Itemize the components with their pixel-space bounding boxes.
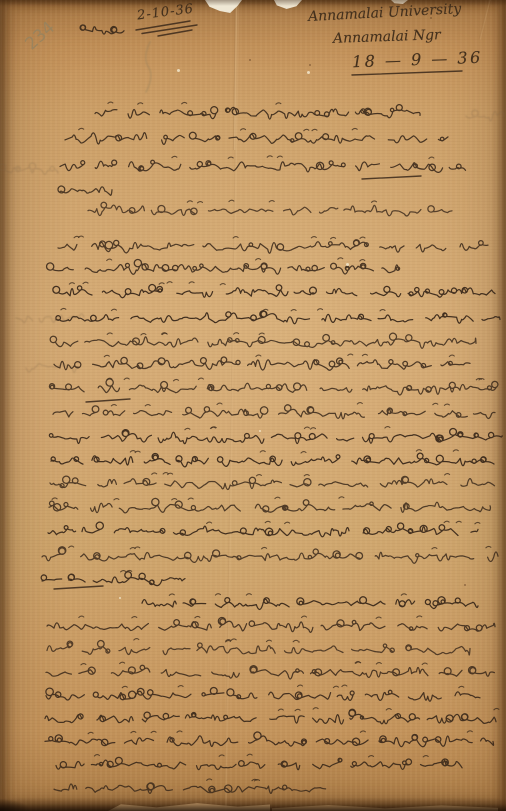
letter-date: 18 — 9 — 36 (352, 48, 483, 72)
handwritten-line-text: மிநாதைய அவர்களுக்கு அன்பன் பாரதி யெழுதுவ… (60, 156, 467, 170)
paper-texture (0, 0, 506, 811)
ink-speck (298, 641, 300, 643)
handwritten-line-text: பெரியீர்,, (60, 181, 112, 195)
paper-speck (119, 597, 121, 599)
handwritten-line-text: இங்குள்ள பண்டிதர்களுக்கும் மதுரை யால் தம… (58, 282, 495, 296)
handwritten-line-text: டியார அவர்கள் போன்ற பல பண்டிதர்களுக்கும் (53, 403, 495, 417)
paper-speck (307, 71, 310, 74)
vertical-fold-crease (224, 0, 240, 811)
ink-speck (430, 17, 432, 19)
handwritten-line-text: யாய பிரம்மஸ்ரீ — டாக்டர் உ. வே. சா (65, 128, 448, 142)
handwritten-line-text: செட்டியார அவர்களும் என் பிரபந்தத்தை அதி (47, 616, 495, 630)
handwritten-line-text: துணை கூறுகிறார்கள் (42, 570, 185, 584)
handwritten-line-text: கால். V.P. சுப்பிரமணிய முதலியார அவர்கள் (54, 354, 470, 368)
handwritten-line-text: அருணாசலக் கவிராயர அவர்கள் வயித்தியநாதம் … (53, 378, 498, 392)
reply-date-annotation: 2-10-36 (136, 2, 195, 24)
handwritten-line-text: ஒரு சிறுபாட்டுச் செய்யுள் யாத்துள்ளேன் (52, 258, 400, 272)
handwritten-line-text: யைத் தங்களுக்கு அனுப்பியிருக்கிறேன் (45, 731, 493, 745)
handwritten-line-text: மீளும் தங்களுக்குப் படிக்க அவகாசமி (56, 754, 470, 768)
handwritten-line-text: வாரு என்பது அறிகிறேன். (54, 778, 330, 792)
handwritten-line-text: சங்கத்தில் அங்குள்ள தமிழாசிரியர்கள் மற்ற… (56, 308, 500, 322)
ink-speck (309, 64, 311, 66)
tape-fragment (274, 0, 302, 9)
handwritten-line-text: தாக்ஷிணிய கலாநிதி மகாமகோபாத் (95, 102, 420, 116)
torn-edge-flap (272, 804, 498, 811)
handwritten-line-text: அதனைத் தங்கள்பால் எனக்கு அனுப்புவது (46, 685, 480, 699)
top-edge-shadow (0, 0, 506, 6)
handwritten-line-text: வெளியூர்களிலிருந்து பழக்கப் பெற்ற வண்ண (55, 332, 476, 346)
reply-annotation-text: பதில். (84, 20, 128, 34)
paper-speck (346, 263, 349, 266)
handwritten-line-text: விழையுடன் சென்று உரைப்படுத்த இசைவை (47, 639, 470, 653)
handwritten-line-text: பல நாள் தொடர்ந்து பாட்டுக்களைப் படித்துக… (52, 427, 502, 441)
handwritten-line-text: என்கோல் என்று கருதில் கையெழுத்துப் பிரதி (45, 708, 496, 722)
scanned-handwritten-letter: 234 2-10-36 Annamalai University Annamal… (0, 0, 506, 811)
handwritten-line-text: மாரிவாயில் என்று 222 விருத்தப் பாக்களால் (58, 236, 488, 250)
torn-edge-flap (108, 802, 270, 811)
paper-speck (259, 430, 261, 432)
handwriting-layer (0, 0, 506, 811)
ink-speck (249, 59, 251, 61)
handwritten-line-text: துவான் ராவ் ராவ் அவர்கள் ஆசிரியர் திரு க… (50, 473, 500, 487)
handwritten-line-text: டினேன். எல்லாருமே உவந்ததுடன் மகாவித் (51, 450, 494, 464)
tape-fragment (391, 0, 408, 4)
handwritten-line-text: நிற்க. ராஜா சர் அண்ணாமலைச் (142, 593, 478, 607)
archival-folio-number: 234 (21, 18, 58, 55)
letterhead-place: Annamalai Ngr (333, 27, 441, 47)
letterhead-institution: Annamalai University (308, 1, 462, 25)
handwritten-line-text: இணங்கியும் நாள்கள் அச்சில் பதிப்பிக்கின் (46, 662, 496, 676)
dark-corner (0, 799, 30, 811)
handwritten-line-text: நலம். தங்கள் உடல்நலம் அறிய விருப்பம் (88, 200, 452, 214)
paper-speck (177, 69, 180, 72)
handwritten-line-text: யாரவர்கள். போன்ற பல வித்வான்கள் கூறப் (48, 521, 478, 535)
handwritten-line-text: யான இயல் வல்லவர்கள் சுப்பிரமணிய முதலி (49, 497, 490, 511)
ink-speck (464, 584, 466, 586)
handwritten-line-text: பும் பயனாச் செய்யுட்கள் யாவர்க்கும் நன்க… (42, 546, 498, 560)
corner-crease (479, 0, 492, 40)
